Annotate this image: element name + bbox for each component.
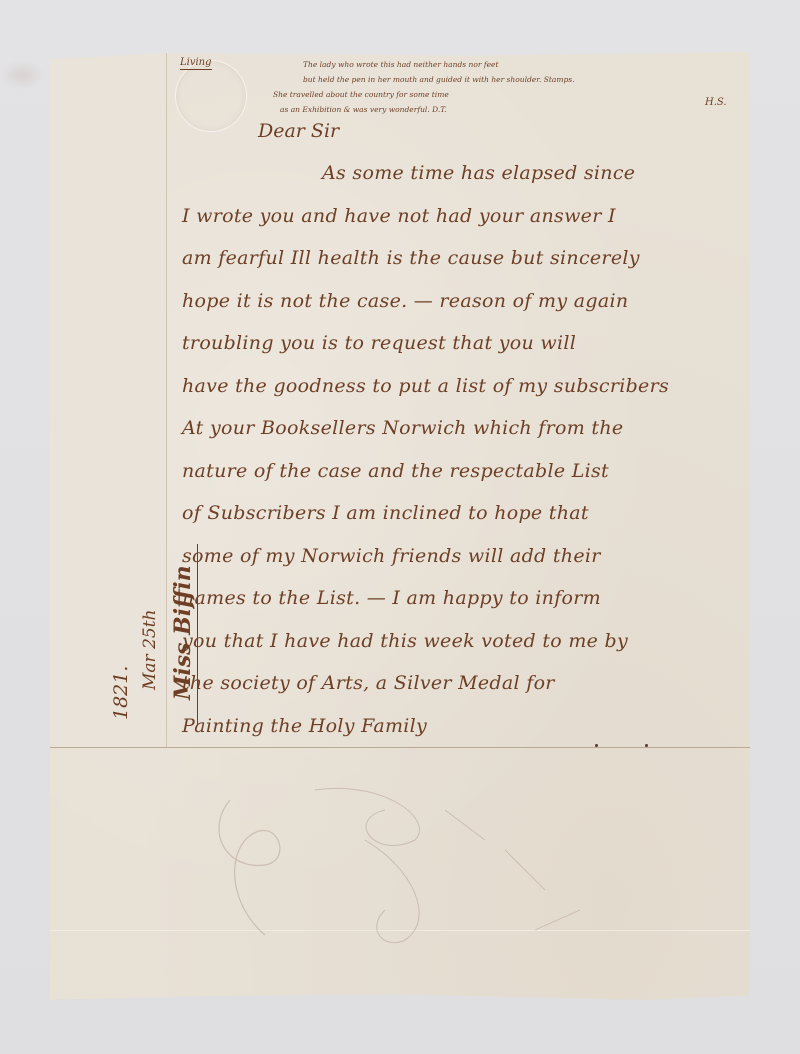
letter-line: names to the List. — I am happy to infor…	[182, 577, 742, 620]
embossed-seal	[175, 60, 247, 132]
annotation-line: but held the pen in her mouth and guided…	[265, 72, 705, 87]
ink-bleedthrough	[185, 770, 605, 950]
letter-line: you that I have had this week voted to m…	[182, 620, 742, 663]
photo-backdrop: Miss Biffin Mar 25th 1821. Living The la…	[0, 0, 800, 1054]
header-annotation: The lady who wrote this had neither hand…	[265, 57, 705, 117]
letter-line: of Subscribers I am inclined to hope tha…	[182, 492, 742, 535]
letter-line: hope it is not the case. — reason of my …	[182, 280, 742, 323]
annotation-line: She travelled about the country for some…	[265, 87, 705, 102]
letter-line: the society of Arts, a Silver Medal for	[182, 662, 742, 705]
fold-line	[50, 747, 750, 748]
letter-line: Painting the Holy Family	[182, 705, 742, 748]
stain	[0, 60, 45, 90]
letter-line: I wrote you and have not had your answer…	[182, 195, 742, 238]
letter-line: troubling you is to request that you wil…	[182, 322, 742, 365]
letter-line: nature of the case and the respectable L…	[182, 450, 742, 493]
salutation: Dear Sir	[258, 120, 339, 142]
annotation-line: The lady who wrote this had neither hand…	[265, 57, 705, 72]
letter-body: As some time has elapsed since I wrote y…	[182, 152, 742, 747]
annotation-line: as an Exhibition & was very wonderful. D…	[265, 102, 705, 117]
docket-year: 1821.	[110, 666, 132, 720]
header-tag: Living	[180, 57, 212, 70]
letter-line: have the goodness to put a list of my su…	[182, 365, 742, 408]
letter-line: As some time has elapsed since	[182, 152, 742, 195]
letter-line: some of my Norwich friends will add thei…	[182, 535, 742, 578]
letter-line: am fearful Ill health is the cause but s…	[182, 237, 742, 280]
letter-line: At your Booksellers Norwich which from t…	[182, 407, 742, 450]
docket-date: Mar 25th	[140, 610, 160, 690]
initials: H.S.	[705, 97, 727, 108]
